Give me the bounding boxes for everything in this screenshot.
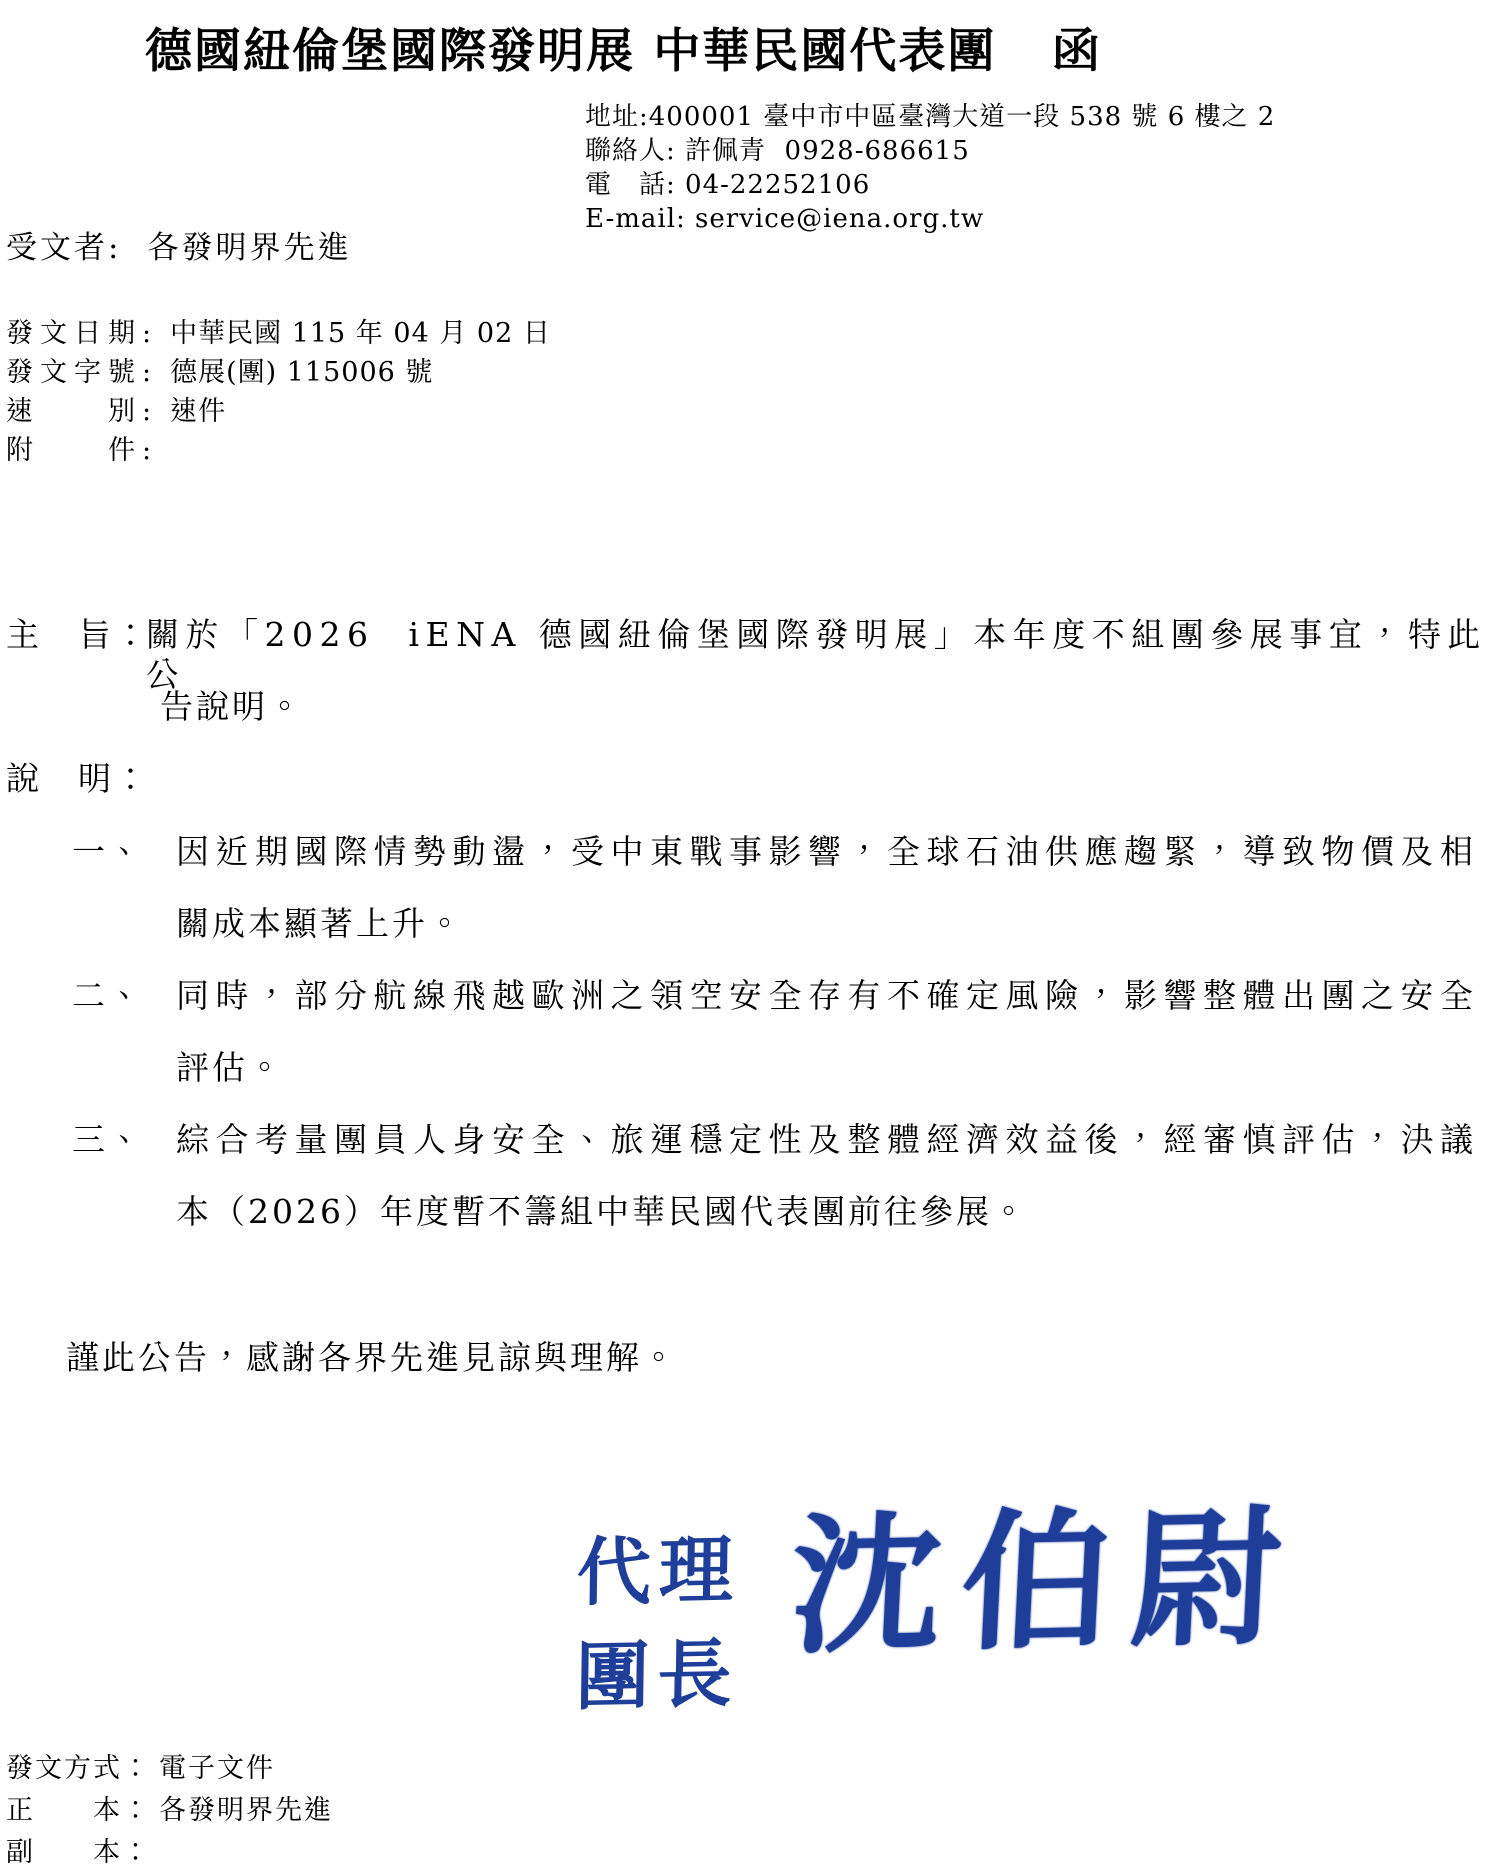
item-2-line-1: 同時，部分航線飛越歐洲之領空安全存有不確定風險，影響整體出團之安全: [176, 976, 1480, 1016]
meta-row-number: 發文字號:德展(團) 115006 號: [6, 353, 551, 392]
item-2-number: 二、: [72, 976, 144, 1016]
stamp-role-char-2: 理: [654, 1518, 737, 1624]
meta-row-date: 發文日期:中華民國 115 年 04 月 02 日: [6, 314, 551, 353]
item-1-line-1: 因近期國際情勢動盪，受中東戰事影響，全球石油供應趨緊，導致物價及相: [176, 832, 1480, 872]
meta-number-label: 發文字號:: [6, 353, 158, 392]
title-text: 德國紐倫堡國際發明展 中華民國代表團: [145, 24, 996, 79]
contact-person: 聯絡人: 許佩青 0928-686615: [585, 134, 1275, 168]
explanation-label: 說 明：: [6, 759, 150, 799]
subject-label: 主 旨：: [6, 615, 150, 655]
footer-row-original-copy: 正 本：各發明界先進: [6, 1790, 333, 1832]
contact-email: E-mail: service@iena.org.tw: [585, 202, 1275, 236]
signature-stamp: 代 理 團 長 沈伯尉: [570, 1494, 1304, 1729]
meta-speed-value: 速件: [170, 396, 226, 427]
closing-line: 謹此公告，感謝各界先進見諒與理解。: [66, 1338, 678, 1378]
item-1-line-2: 關成本顯著上升。: [176, 904, 464, 944]
item-1-number: 一、: [72, 832, 144, 872]
signature-name: 沈伯尉: [787, 1494, 1305, 1670]
meta-row-attachment: 附 件:: [6, 431, 551, 470]
document-title: 德國紐倫堡國際發明展 中華民國代表團函: [145, 14, 1101, 81]
footer-row-delivery: 發文方式：電子文件: [6, 1748, 333, 1790]
item-3-number: 三、: [72, 1120, 144, 1160]
meta-date-label: 發文日期:: [6, 314, 158, 353]
original-copy-label: 正 本：: [6, 1790, 151, 1832]
stamp-role-char-1: 代: [572, 1520, 655, 1626]
subject-line-2: 告說明。: [160, 687, 304, 727]
delivery-method-value: 電子文件: [159, 1753, 275, 1784]
delivery-method-label: 發文方式：: [6, 1748, 151, 1790]
meta-number-value: 德展(團) 115006 號: [170, 357, 433, 388]
recipient-label: 受文者:: [6, 230, 121, 266]
footer-row-carbon-copy: 副 本：: [6, 1832, 333, 1870]
contact-phone: 電 話: 04-22252106: [585, 168, 1275, 202]
item-2-line-2: 評估。: [176, 1048, 284, 1088]
stamp-role-char-3: 團: [571, 1624, 654, 1730]
meta-date-value: 中華民國 115 年 04 月 02 日: [170, 318, 551, 349]
subject-line-1: 關於「2026 iENA 德國紐倫堡國際發明展」本年度不組團參展事宜，特此公: [146, 615, 1500, 695]
item-3-line-2: 本（2026）年度暫不籌組中華民國代表團前往參展。: [176, 1192, 1028, 1232]
stamp-role-char-4: 長: [653, 1622, 736, 1728]
stamp-role-title: 代 理 團 長: [571, 1518, 738, 1730]
title-doc-type: 函: [1052, 24, 1101, 79]
meta-speed-label: 速 別:: [6, 392, 158, 431]
recipient-value: 各發明界先進: [147, 230, 351, 266]
meta-row-speed: 速 別:速件: [6, 392, 551, 431]
carbon-copy-label: 副 本：: [6, 1832, 151, 1870]
recipient-line: 受文者:各發明界先進: [6, 222, 351, 267]
original-copy-value: 各發明界先進: [159, 1795, 333, 1826]
contact-address: 地址:400001 臺中市中區臺灣大道一段 538 號 6 樓之 2: [585, 100, 1275, 134]
sender-contact-block: 地址:400001 臺中市中區臺灣大道一段 538 號 6 樓之 2 聯絡人: …: [585, 100, 1275, 236]
item-3-line-1: 綜合考量團員人身安全、旅運穩定性及整體經濟效益後，經審慎評估，決議: [176, 1120, 1480, 1160]
document-page: 德國紐倫堡國際發明展 中華民國代表團函 地址:400001 臺中市中區臺灣大道一…: [0, 0, 1500, 1870]
document-footer-block: 發文方式：電子文件 正 本：各發明界先進 副 本：: [6, 1748, 333, 1870]
meta-attachment-label: 附 件:: [6, 431, 158, 470]
document-meta-block: 發文日期:中華民國 115 年 04 月 02 日 發文字號:德展(團) 115…: [6, 314, 551, 470]
